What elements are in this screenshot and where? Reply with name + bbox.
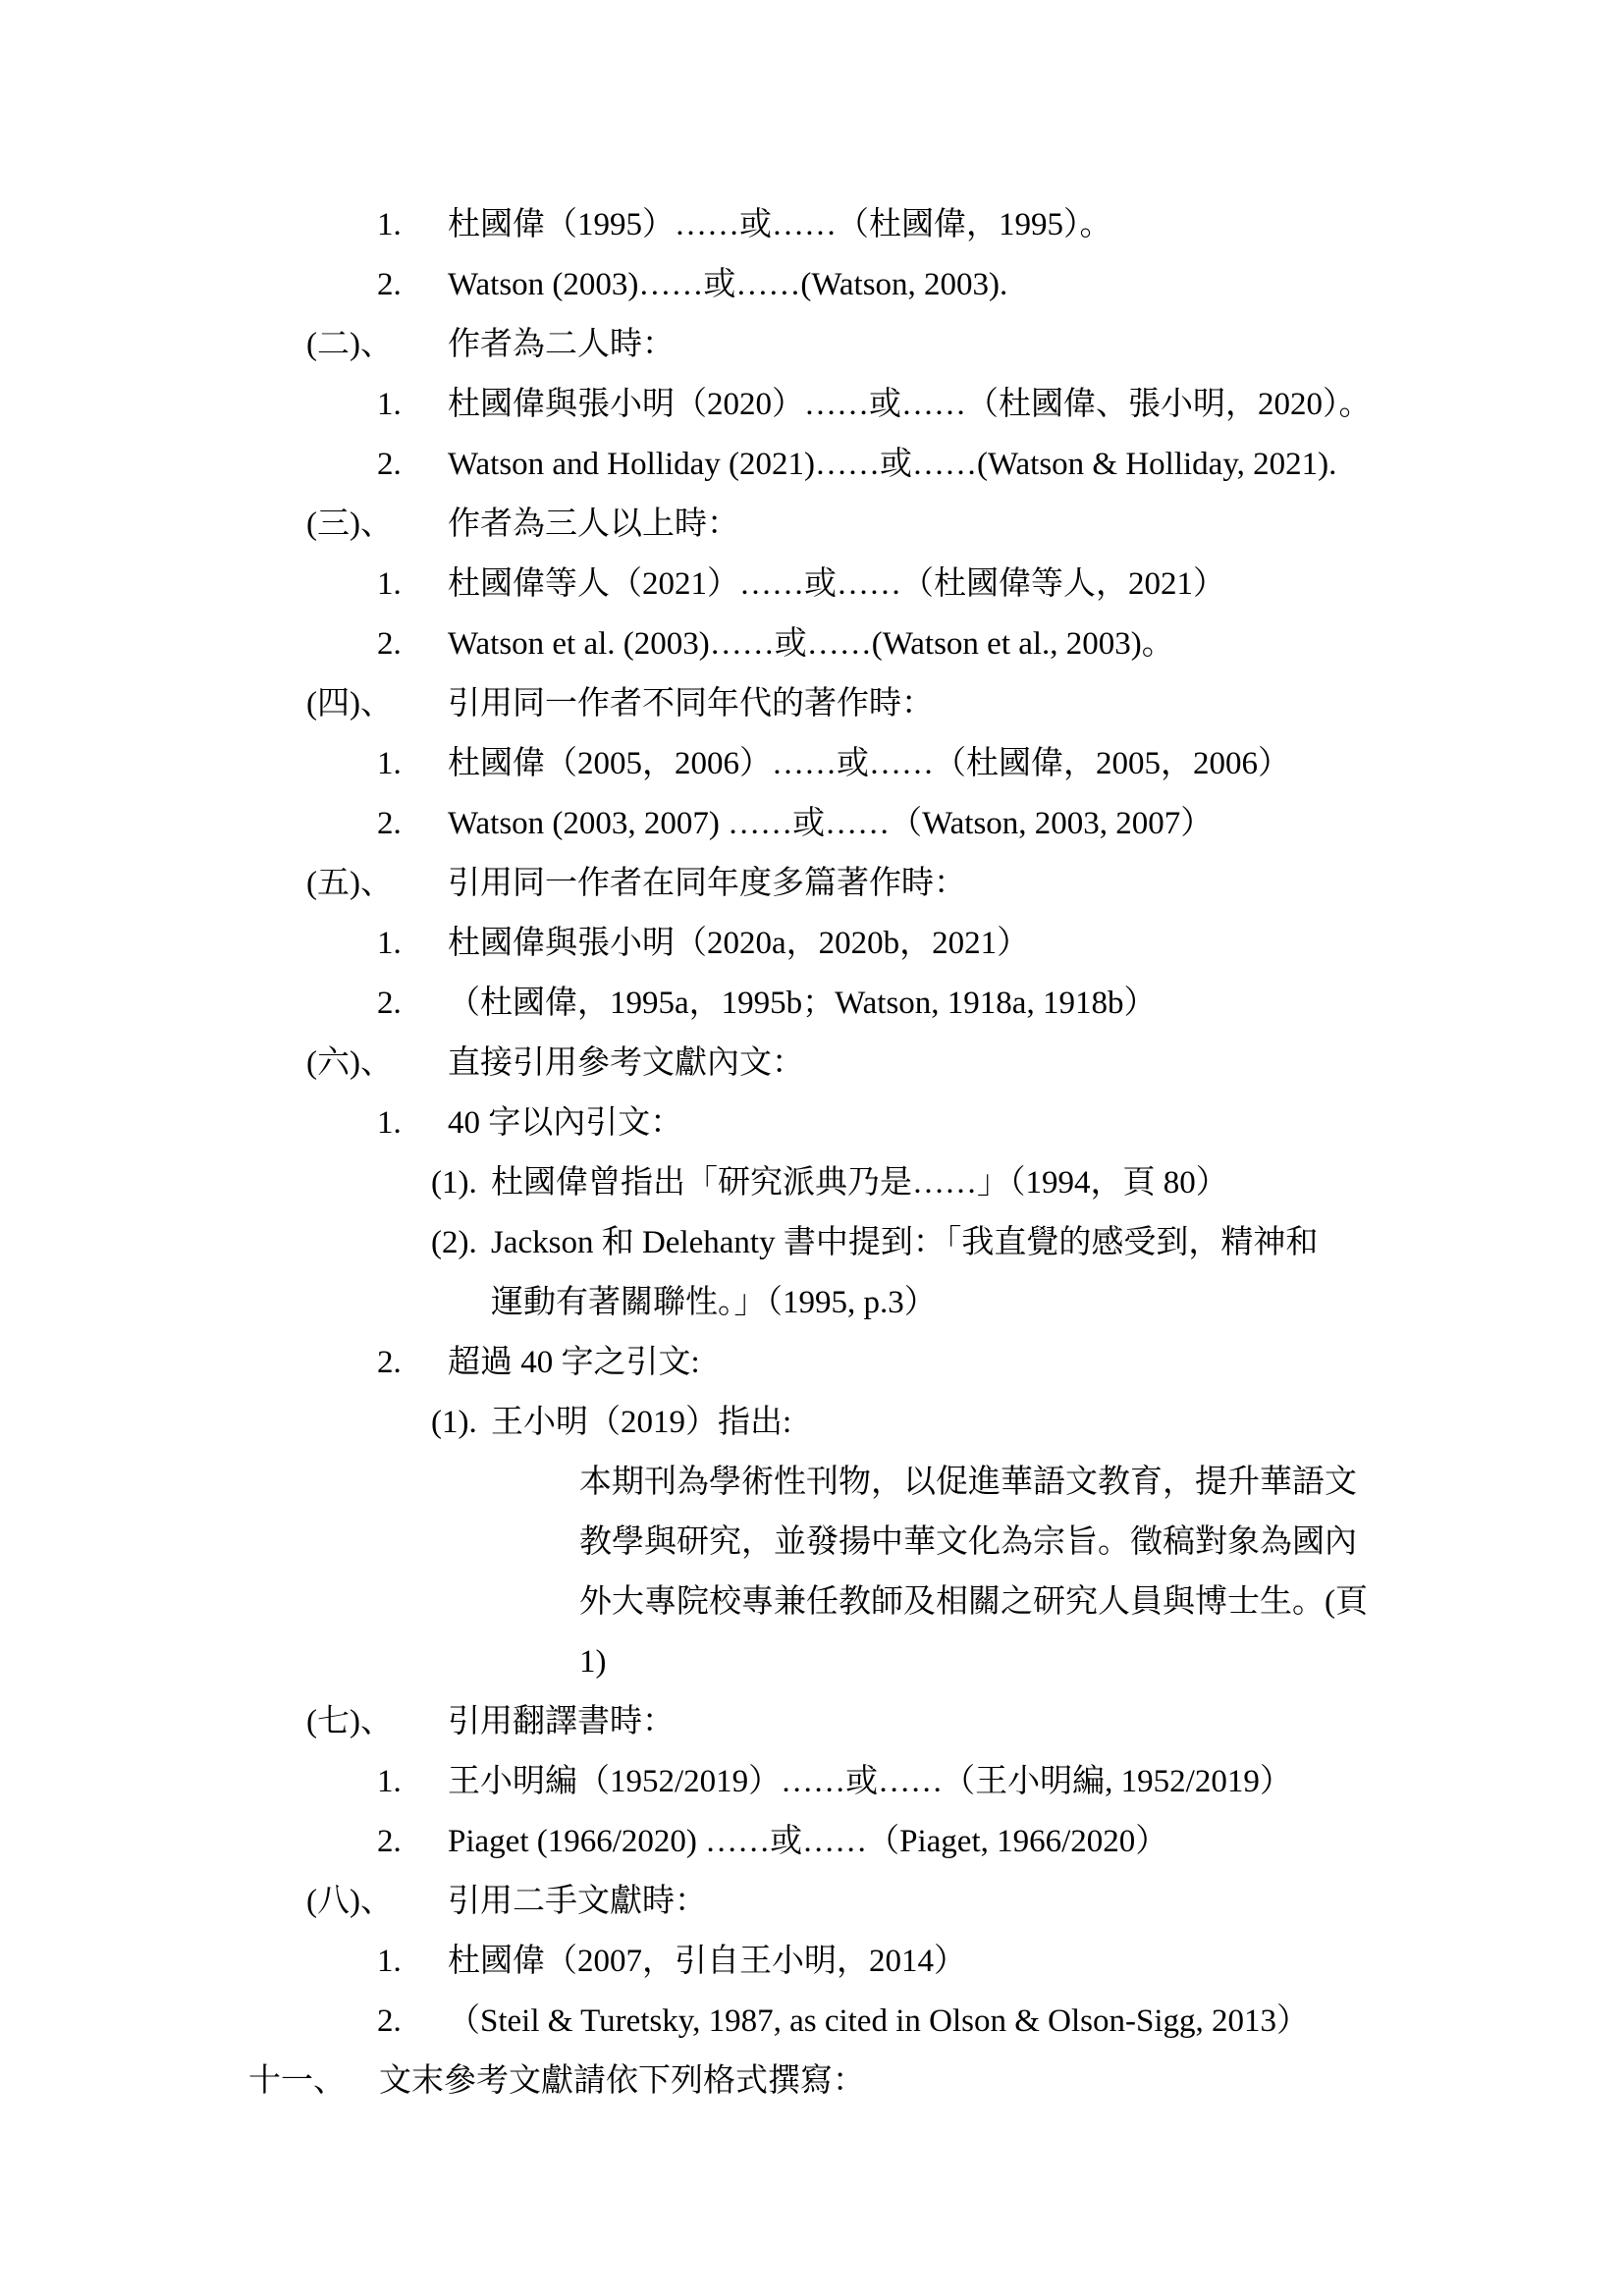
list-marker: (六)、: [306, 1034, 448, 1094]
line-text: 作者為二人時：: [448, 315, 675, 375]
list-marker: 1.: [377, 375, 448, 435]
line-text: 引用同一作者不同年代的著作時：: [448, 674, 934, 734]
line-text: 杜國偉（1995）……或……（杜國偉，1995）。: [448, 195, 1112, 255]
line-text: 作者為三人以上時：: [448, 495, 739, 555]
list-marker: 2.: [377, 255, 448, 315]
line-text: 本期刊為學術性刊物，以促進華語文教育，提升華語文: [579, 1453, 1357, 1513]
line-text: 超過 40 字之引文:: [448, 1333, 700, 1393]
numbered-item-line: 2. Watson and Holliday (2021)……或……(Watso…: [0, 435, 1624, 495]
list-marker: (五)、: [306, 854, 448, 914]
numbered-item-line: 2. （杜國偉，1995a，1995b；Watson, 1918a, 1918b…: [0, 974, 1624, 1034]
line-text: 引用二手文獻時：: [448, 1872, 707, 1932]
line-text: 杜國偉（2005，2006）……或……（杜國偉，2005，2006）: [448, 734, 1290, 794]
list-marker: 1.: [377, 1932, 448, 1992]
sub-item-line: (1). 王小明（2019）指出:: [0, 1393, 1624, 1453]
list-marker: (二)、: [306, 315, 448, 375]
line-text: 直接引用參考文獻內文：: [448, 1034, 804, 1094]
top-level-heading-line: 十一、 文末參考文獻請依下列格式撰寫：: [0, 2052, 1624, 2111]
line-text: 1): [579, 1632, 607, 1692]
line-text: Piaget (1966/2020) ……或……（Piaget, 1966/20…: [448, 1812, 1167, 1872]
numbered-item-line: 2. Watson (2003, 2007) ……或……（Watson, 200…: [0, 794, 1624, 854]
list-marker: 1.: [377, 1094, 448, 1153]
line-text: Jackson 和 Delehanty 書中提到：「我直覺的感受到，精神和: [491, 1213, 1318, 1273]
numbered-item-line: 1. 王小明編（1952/2019）……或……（王小明編, 1952/2019）: [0, 1752, 1624, 1812]
list-marker: (2).: [431, 1213, 491, 1273]
list-marker: 2.: [377, 614, 448, 674]
block-quote-line: 教學與研究，並發揚中華文化為宗旨。徵稿對象為國內: [0, 1513, 1624, 1573]
section-heading-line: (四)、 引用同一作者不同年代的著作時：: [0, 674, 1624, 734]
numbered-item-line: 2. Piaget (1966/2020) ……或……（Piaget, 1966…: [0, 1812, 1624, 1872]
block-quote-line: 1): [0, 1632, 1624, 1692]
list-marker: (七)、: [306, 1692, 448, 1752]
list-marker: 1.: [377, 914, 448, 974]
line-text: 40 字以內引文：: [448, 1094, 682, 1153]
line-text: 杜國偉與張小明（2020a，2020b，2021）: [448, 914, 1029, 974]
line-text: 杜國偉等人（2021）……或……（杜國偉等人，2021）: [448, 555, 1225, 614]
numbered-item-line: 2. 超過 40 字之引文:: [0, 1333, 1624, 1393]
line-text: Watson and Holliday (2021)……或……(Watson &…: [448, 435, 1336, 495]
list-marker: (四)、: [306, 674, 448, 734]
numbered-item-line: 1. 杜國偉（2005，2006）……或……（杜國偉，2005，2006）: [0, 734, 1624, 794]
list-marker: 2.: [377, 1812, 448, 1872]
section-heading-line: (二)、 作者為二人時：: [0, 315, 1624, 375]
list-marker: 1.: [377, 555, 448, 614]
line-text: 文末參考文獻請依下列格式撰寫：: [379, 2052, 865, 2111]
numbered-item-line: 1. 杜國偉等人（2021）……或……（杜國偉等人，2021）: [0, 555, 1624, 614]
list-marker: 2.: [377, 794, 448, 854]
numbered-item-line: 1. 杜國偉與張小明（2020a，2020b，2021）: [0, 914, 1624, 974]
section-heading-line: (七)、 引用翻譯書時：: [0, 1692, 1624, 1752]
line-text: Watson et al. (2003)……或……(Watson et al.,…: [448, 614, 1174, 674]
line-text: 杜國偉曾指出「研究派典乃是……」（1994，頁 80）: [491, 1153, 1228, 1213]
line-text: 運動有著關聯性。」（1995, p.3）: [491, 1273, 937, 1333]
line-text: 杜國偉與張小明（2020）……或……（杜國偉、張小明，2020）。: [448, 375, 1372, 435]
numbered-item-line: 2. Watson (2003)……或……(Watson, 2003).: [0, 255, 1624, 315]
sub-item-continuation-line: 運動有著關聯性。」（1995, p.3）: [0, 1273, 1624, 1333]
list-marker: (三)、: [306, 495, 448, 555]
numbered-item-line: 1. 杜國偉（1995）……或……（杜國偉，1995）。: [0, 195, 1624, 255]
list-marker: (1).: [431, 1153, 491, 1213]
list-marker: 2.: [377, 974, 448, 1034]
line-text: 引用同一作者在同年度多篇著作時：: [448, 854, 966, 914]
section-heading-line: (三)、 作者為三人以上時：: [0, 495, 1624, 555]
list-marker: 1.: [377, 734, 448, 794]
numbered-item-line: 1. 杜國偉（2007，引自王小明，2014）: [0, 1932, 1624, 1992]
document-page: 1. 杜國偉（1995）……或……（杜國偉，1995）。 2. Watson (…: [0, 0, 1624, 2296]
line-text: 杜國偉（2007，引自王小明，2014）: [448, 1932, 966, 1992]
line-text: 王小明（2019）指出:: [491, 1393, 791, 1453]
list-marker: 十一、: [248, 2052, 379, 2111]
list-marker: 2.: [377, 1333, 448, 1393]
section-heading-line: (八)、 引用二手文獻時：: [0, 1872, 1624, 1932]
sub-item-line: (1). 杜國偉曾指出「研究派典乃是……」（1994，頁 80）: [0, 1153, 1624, 1213]
list-marker: (八)、: [306, 1872, 448, 1932]
section-heading-line: (五)、 引用同一作者在同年度多篇著作時：: [0, 854, 1624, 914]
line-text: Watson (2003, 2007) ……或……（Watson, 2003, …: [448, 794, 1213, 854]
line-text: 教學與研究，並發揚中華文化為宗旨。徵稿對象為國內: [579, 1513, 1357, 1573]
line-text: Watson (2003)……或……(Watson, 2003).: [448, 255, 1007, 315]
numbered-item-line: 2. （Steil & Turetsky, 1987, as cited in …: [0, 1992, 1624, 2052]
list-marker: 2.: [377, 435, 448, 495]
block-quote-line: 本期刊為學術性刊物，以促進華語文教育，提升華語文: [0, 1453, 1624, 1513]
list-marker: 1.: [377, 195, 448, 255]
list-marker: 2.: [377, 1992, 448, 2052]
numbered-item-line: 1. 杜國偉與張小明（2020）……或……（杜國偉、張小明，2020）。: [0, 375, 1624, 435]
line-text: 外大專院校專兼任教師及相關之研究人員與博士生。(頁: [579, 1573, 1368, 1632]
numbered-item-line: 1. 40 字以內引文：: [0, 1094, 1624, 1153]
section-heading-line: (六)、 直接引用參考文獻內文：: [0, 1034, 1624, 1094]
line-text: 引用翻譯書時：: [448, 1692, 675, 1752]
document-body: 1. 杜國偉（1995）……或……（杜國偉，1995）。 2. Watson (…: [0, 0, 1624, 2111]
sub-item-line: (2). Jackson 和 Delehanty 書中提到：「我直覺的感受到，精…: [0, 1213, 1624, 1273]
line-text: （杜國偉，1995a，1995b；Watson, 1918a, 1918b）: [448, 974, 1156, 1034]
line-text: 王小明編（1952/2019）……或……（王小明編, 1952/2019）: [448, 1752, 1292, 1812]
list-marker: 1.: [377, 1752, 448, 1812]
list-marker: (1).: [431, 1393, 491, 1453]
line-text: （Steil & Turetsky, 1987, as cited in Ols…: [448, 1992, 1309, 2052]
numbered-item-line: 2. Watson et al. (2003)……或……(Watson et a…: [0, 614, 1624, 674]
block-quote-line: 外大專院校專兼任教師及相關之研究人員與博士生。(頁: [0, 1573, 1624, 1632]
